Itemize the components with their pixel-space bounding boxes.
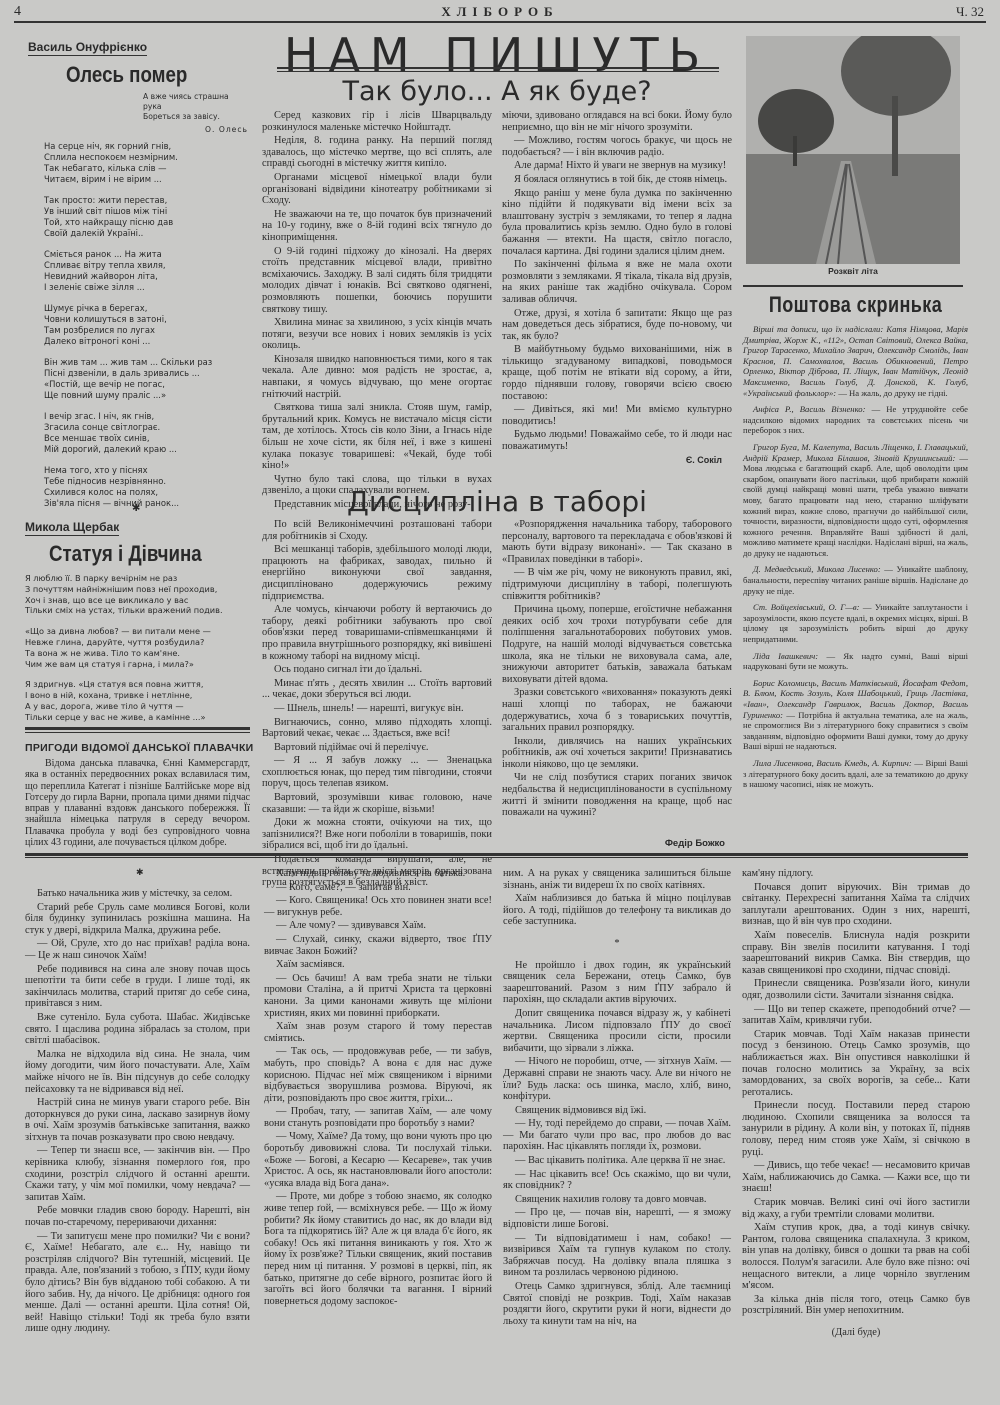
poem-title: Олесь помер: [66, 62, 221, 88]
asterisk-divider: ✱: [132, 503, 140, 514]
text-line: «Що за дивна любов? — ви питали мене —: [25, 626, 250, 637]
text-line: А у вас, дорога, живе тіло й чуття —: [25, 701, 250, 712]
text-line: Сміється ранок ... На жита: [44, 249, 248, 260]
text-line: Він жив там ... жив там ... Скільки раз: [44, 357, 248, 368]
text-line: Органами місцевої німецької влади були о…: [262, 172, 492, 207]
asterisk-divider: *: [503, 938, 731, 950]
text-line: Схилився колос на полях,: [44, 487, 248, 498]
text-line: О 9-ій годині підхожу до кінозалі. На дв…: [262, 246, 492, 316]
article-signature: Федір Божко: [600, 838, 725, 849]
article-headline: Так було... А як буде?: [262, 76, 732, 107]
asterisk-divider: ✱: [136, 868, 144, 878]
text-line: Старик мовчав. Великі сині очі його заст…: [742, 1197, 970, 1220]
section-title: НАМ ПИШУТЬ: [262, 28, 732, 82]
text-line: — Нічого не поробиш, отче, — зітхнув Хаї…: [503, 1056, 731, 1102]
poem-olesj: Василь Онуфрієнко Олесь помер А вже чияс…: [28, 36, 248, 519]
text-line: Батько начальника жив у містечку, за сел…: [25, 888, 250, 900]
text-line: — Чому, Хаїме? Да тому, що вони чують пр…: [264, 1131, 492, 1189]
text-line: Я люблю її. В парку вечірнім не раз: [25, 573, 250, 584]
text-line: — Дивись, що тебе чекає! — несамовито кр…: [742, 1160, 970, 1195]
text-line: За кілька днів після того, отець Самко б…: [742, 1294, 970, 1317]
text-line: Хаїм наблизився до батька й міцно поцілу…: [503, 893, 731, 928]
text-line: Причина цьому, поперше, егоїстичне небаж…: [502, 604, 732, 685]
text-line: ним. А на руках у священика залишиться б…: [503, 868, 731, 891]
epigraph: А вже чиясь страшна рука Бореться за зав…: [143, 92, 248, 135]
text-line: Так небагато, кілька слів —: [44, 163, 248, 174]
text-line: Священик нахилив голову та довго мовчав.: [503, 1194, 731, 1206]
mailbox-entry: Лила Лисенкова, Василь Кмедь, А. Кирпич:…: [743, 758, 968, 790]
mailbox-entry: Ліда Івашкевич: — Як надто сумні, Ваші в…: [743, 651, 968, 672]
text-line: Григор Буга, М. Калепута, Василь Ліщенко…: [743, 442, 968, 463]
text-line: По закінченні фільма я вже не мала охоти…: [502, 259, 732, 305]
mailbox-entry: Ст. Войцехівський, О. Г—в: — Уникайте за…: [743, 602, 968, 644]
text-line: Шумує річка в берегах,: [44, 303, 248, 314]
mailbox-title: Поштова скринька: [763, 292, 948, 318]
text-line: Спливає вітру тепла хвиля,: [44, 260, 248, 271]
text-line: Невидний жайворон літа,: [44, 271, 248, 282]
text-line: Анфіса Р., Василь Візненко:: [753, 404, 865, 414]
text-line: — Ти відповідатимеш і нам, собако! — виз…: [503, 1233, 731, 1279]
article1-col1: Серед казкових гір і лісів Шварцвальду р…: [262, 110, 492, 513]
photo-rule: [743, 285, 963, 287]
text-line: Я боялася оглянутись в той бік, де стояв…: [502, 174, 732, 186]
poem-author: Микола Щербак: [25, 520, 119, 536]
text-line: Я здригнув. «Ця статуя вся повна життя,: [25, 679, 250, 690]
text-line: Там розбрелися по лугах: [44, 325, 248, 336]
text-line: Інколи, дивлячись на наших українських р…: [502, 736, 732, 771]
story-col4: кам'яну підлогу.Почався допит віруючих. …: [742, 868, 970, 1339]
text-line: В майбутньому будьмо вихованішими, ніж в…: [502, 344, 732, 402]
text-line: Почався допит віруючих. Він тримав до св…: [742, 882, 970, 928]
text-line: — Вас цікавить політика. Але церква її н…: [503, 1155, 731, 1167]
section-title-rule: [277, 67, 719, 72]
text-line: З почуттям найніжнішим повз неї проходив…: [25, 584, 250, 595]
text-line: Вартовий, зрозумівши киває головою, наче…: [262, 792, 492, 815]
text-line: Той, хто найкращу пісню дав: [44, 217, 248, 228]
mailbox-section: Поштова скринька Вірші та дописи, що їх …: [743, 292, 968, 796]
text-line: Хаїм ступив крок, два, а тоді кинув свіч…: [742, 1222, 970, 1292]
mailbox-entry: Д. Медведський, Микола Лисенко: — Уникай…: [743, 564, 968, 596]
text-line: Якщо раніш у мене була думка по закінчен…: [502, 188, 732, 258]
text-line: По всій Великонімеччині розташовані табо…: [262, 519, 492, 542]
text-line: Кінозаля швидко наповнюється тими, кого …: [262, 354, 492, 400]
text-line: — На жаль, до друку не гідні.: [838, 388, 947, 398]
text-line: «Постій, ще вечір не погас,: [44, 379, 248, 390]
text-line: Човни колишуться в затоні,: [44, 314, 248, 325]
text-line: — Ну, тоді перейдемо до справи, — почав …: [503, 1118, 731, 1153]
text-line: Минає п'ять , десять хвилин ... Стоїть в…: [262, 678, 492, 701]
masthead-rule: [14, 21, 986, 23]
poem-title: Статуя і Дівчина: [49, 541, 220, 567]
text-line: Всі мешканці таборів, здебільшого молоді…: [262, 544, 492, 602]
text-line: — Шнель, шнель! — нарешті, вигукує він.: [262, 703, 492, 715]
text-line: Все меншає твоїх синів,: [44, 433, 248, 444]
text-line: Мій дорогий, далекий краю ...: [44, 444, 248, 455]
text-line: Ребе подивився на сина але знову почав щ…: [25, 964, 250, 1010]
text-line: Священик відмовився від їжі.: [503, 1105, 731, 1117]
text-line: І воно в ній, кохана, тривке і нетлінне,: [25, 690, 250, 701]
issue-number: Ч. 32: [956, 4, 984, 20]
text-line: Та вона ж не жива. Тіло то кам'яне.: [25, 648, 250, 659]
text-line: Д. Медведський, Микола Лисенко:: [753, 564, 881, 574]
text-line: Тебе підносив незрівнянно.: [44, 476, 248, 487]
story-col1: Батько начальника жив у містечку, за сел…: [25, 888, 250, 1337]
text-line: Неділя, 8. година ранку. На перший погля…: [262, 135, 492, 170]
article-headline: ПРИГОДИ ВІДОМОЇ ДАНСЬКОЇ ПЛАВАЧКИ: [25, 742, 250, 754]
text-line: Хаїм засміявся.: [264, 959, 492, 971]
text-line: Хвилина минає за хвилиною, з усіх кінців…: [262, 317, 492, 352]
text-line: міючи, здивовано оглядався на всі боки. …: [502, 110, 732, 133]
text-line: На серце ніч, як горний гнів,: [44, 141, 248, 152]
text-line: І зеленіє свіже зілля ...: [44, 282, 248, 293]
epigraph-author: О. Олесь: [143, 125, 248, 135]
photo-caption: Розквіт літа: [746, 266, 960, 276]
text-line: Відома данська плавачка, Єнні Каммерсгар…: [25, 758, 250, 848]
text-line: — Нас цікавить все! Ось скажімо, що ви ч…: [503, 1169, 731, 1192]
text-line: Пісні дзвеніли, в даль зривались ...: [44, 368, 248, 379]
text-line: Не пройшло і двох годин, як український …: [503, 960, 731, 1006]
text-line: — Дивіться, які ми! Ми вміємо культурно …: [502, 404, 732, 427]
poem-author: Василь Онуфрієнко: [28, 40, 147, 56]
article-headline: Дисципліна в таборі: [262, 485, 732, 518]
poem-body: Я люблю її. В парку вечірнім не разЗ поч…: [25, 573, 250, 723]
text-line: Хаїм повеселів. Блиснула надія розкрити …: [742, 930, 970, 976]
story-col3: ним. А на руках у священика залишиться б…: [503, 868, 731, 1329]
text-line: — Кого. Священика! Ось хто повинен знати…: [264, 895, 492, 918]
text-line: Отже, друзі, я хотіла б запитати: Якщо щ…: [502, 308, 732, 343]
text-line: — Що ви тепер скажете, преподобний отче?…: [742, 1004, 970, 1027]
text-line: Згасила сонце світлограє.: [44, 422, 248, 433]
mailbox-entry: Вірші та дописи, що їх надіслали: Катя Н…: [743, 324, 968, 398]
poem-body: На серце ніч, як горний гнів,Сплила несп…: [44, 141, 248, 509]
text-line: Хаїм знав розум старого й тому перестав …: [264, 1021, 492, 1044]
text-line: Своїй далекій Україні..: [44, 228, 248, 239]
text-line: Так просто: жити перестав,: [44, 195, 248, 206]
text-line: Ст. Войцехівський, О. Г—в:: [753, 602, 859, 612]
text-line: Чи не слід позбутися старих поганих звич…: [502, 772, 732, 818]
text-line: Будьмо людьми! Поважаймо себе, то й люди…: [502, 429, 732, 452]
text-line: Сплила неспокоєм незмірним.: [44, 152, 248, 163]
text-line: І вечір згас. І ніч, як гнів,: [44, 411, 248, 422]
newspaper-title: ХЛІБОРОБ: [0, 4, 1000, 20]
text-line: — В чім же річ, чому не виконують правил…: [502, 567, 732, 602]
article-signature: Є. Сокіл: [502, 455, 722, 467]
article1-col2: міючи, здивовано оглядався на всі боки. …: [502, 110, 732, 466]
text-line: Принесли посуд. Поставили перед старою л…: [742, 1100, 970, 1158]
text-line: — Але чому? — здивувався Хаїм.: [264, 920, 492, 932]
text-line: Зразки совєтського «виховання» показують…: [502, 687, 732, 733]
text-line: — Тепер ти знаєш все, — закінчив він. — …: [25, 1145, 250, 1203]
text-line: Серед казкових гір і лісів Шварцвальду р…: [262, 110, 492, 133]
text-line: — Ой, Сруле, хто до нас приїхав! раділа …: [25, 938, 250, 961]
text-line: Хоч і знав, що все це викликало у вас: [25, 595, 250, 606]
text-line: Вже сутеніло. Була субота. Шабас. Жидівс…: [25, 1012, 250, 1047]
text-line: Святкова тиша залі зникла. Стояв шум, га…: [262, 402, 492, 472]
story-col2: Хаїм підвів голову та подивився на батьк…: [264, 868, 492, 1309]
text-line: Не зважаючи на те, що початок був призна…: [262, 209, 492, 244]
article2-col1: По всій Великонімеччині розташовані табо…: [262, 519, 492, 891]
text-line: Ліда Івашкевич:: [753, 651, 818, 661]
text-line: — Мова людська є багатющий скарб. Але, щ…: [743, 453, 968, 558]
text-line: — Про це, — почав він, нарешті, — я змож…: [503, 1207, 731, 1230]
text-line: — Ти запитуєш мене про помилки? Чи є вон…: [25, 1231, 250, 1335]
text-line: — Можливо, гостям чогось бракує, чи щось…: [502, 135, 732, 158]
text-line: Лила Лисенкова, Василь Кмедь, А. Кирпич:: [753, 758, 912, 768]
section-rule: [25, 727, 250, 733]
text-line: Зів'яла пісня — вічний ранок...: [44, 498, 248, 509]
text-line: Доки ж можна стояти, очікуючи на тих, що…: [262, 817, 492, 852]
text-line: — Кого, саме?, — запитав він.: [264, 882, 492, 894]
text-line: Нема того, хто у піснях: [44, 465, 248, 476]
text-line: Допит священика почався відразу ж, у каб…: [503, 1008, 731, 1054]
text-line: — Пробач, тату, — запитав Хаїм, — але чо…: [264, 1106, 492, 1129]
text-line: Настрій сина не минув уваги старого ребе…: [25, 1097, 250, 1143]
article2-col2: «Розпорядження начальника табору, таборо…: [502, 519, 732, 821]
text-line: А вже чиясь страшна рука: [143, 92, 248, 112]
text-line: Чим же вам ця статуя і гарна, і мила?»: [25, 659, 250, 670]
text-line: Але дарма! Ніхто й уваги не звернув на м…: [502, 160, 732, 172]
text-line: Принесли священика. Розв'язали його, кин…: [742, 978, 970, 1001]
tree-road-icon: [746, 36, 960, 264]
text-line: Малка не відходила від сина. Не знала, ч…: [25, 1049, 250, 1095]
text-line: Вартовий підіймає очі й перелічує.: [262, 742, 492, 754]
landscape-photo: [746, 36, 960, 264]
text-line: Далеко вітроногі коні ...: [44, 336, 248, 347]
text-line: Вигнаючись, сонно, мляво підходять хлопц…: [262, 717, 492, 740]
mailbox-entries: Вірші та дописи, що їх надіслали: Катя Н…: [743, 324, 968, 790]
text-line: — Ось бачиш! А вам треба знати не тільки…: [264, 973, 492, 1019]
text-line: Ув інший світ пішов між тіні: [44, 206, 248, 217]
text-line: Старий ребе Сруль саме молився Богові, к…: [25, 902, 250, 937]
swimmer-article: ПРИГОДИ ВІДОМОЇ ДАНСЬКОЇ ПЛАВАЧКИ Відома…: [25, 742, 250, 850]
text-line: Тільки серце у вас не живе, а камінне ..…: [25, 712, 250, 723]
text-line: Ребе мовчки гладив свою бороду. Нарешті,…: [25, 1205, 250, 1228]
text-line: Вірші та дописи, що їх надіслали: Катя Н…: [743, 324, 968, 398]
text-line: Невже глина, даруйте, чуття розбудила?: [25, 637, 250, 648]
story-divider: [25, 853, 968, 858]
text-line: кам'яну підлогу.: [742, 868, 970, 880]
continued-note: (Далі буде): [742, 1327, 970, 1339]
text-line: — Я ... Я забув ложку ... — Зненацька сх…: [262, 755, 492, 790]
text-line: — Слухай, синку, скажи відверто, твоє ҐП…: [264, 934, 492, 957]
text-line: — Так ось, — продовжував ребе, — ти забу…: [264, 1046, 492, 1104]
text-line: Бореться за завісу.: [143, 112, 248, 122]
text-line: Але чомусь, кінчаючи роботу й вертаючись…: [262, 604, 492, 662]
text-line: Отець Самко здригнувся, зблід. Але таємн…: [503, 1281, 731, 1327]
text-line: «Розпорядження начальника табору, таборо…: [502, 519, 732, 565]
text-line: Хаїм підвів голову та подивився на батьк…: [264, 868, 492, 880]
text-line: Тільки сміх на устах, тільки вражений по…: [25, 605, 250, 616]
text-line: Читаєм, вірим і не вірим ...: [44, 174, 248, 185]
mailbox-entry: Григор Буга, М. Калепута, Василь Ліщенко…: [743, 442, 968, 559]
poem-statuya: Микола Щербак Статуя і Дівчина Я люблю ї…: [25, 516, 250, 733]
text-line: — Проте, ми добре з тобою знаємо, як сол…: [264, 1191, 492, 1307]
mailbox-entry: Борис Коломиєць, Василь Матківський, Йос…: [743, 678, 968, 752]
mailbox-entry: Анфіса Р., Василь Візненко: — Не утрудню…: [743, 404, 968, 436]
text-line: Ще повний шуму праліс ...»: [44, 390, 248, 401]
text-line: Старик мовчав. Тоді Хаїм наказав принест…: [742, 1029, 970, 1099]
text-line: Ось подано сигнал іти до їдальні.: [262, 664, 492, 676]
